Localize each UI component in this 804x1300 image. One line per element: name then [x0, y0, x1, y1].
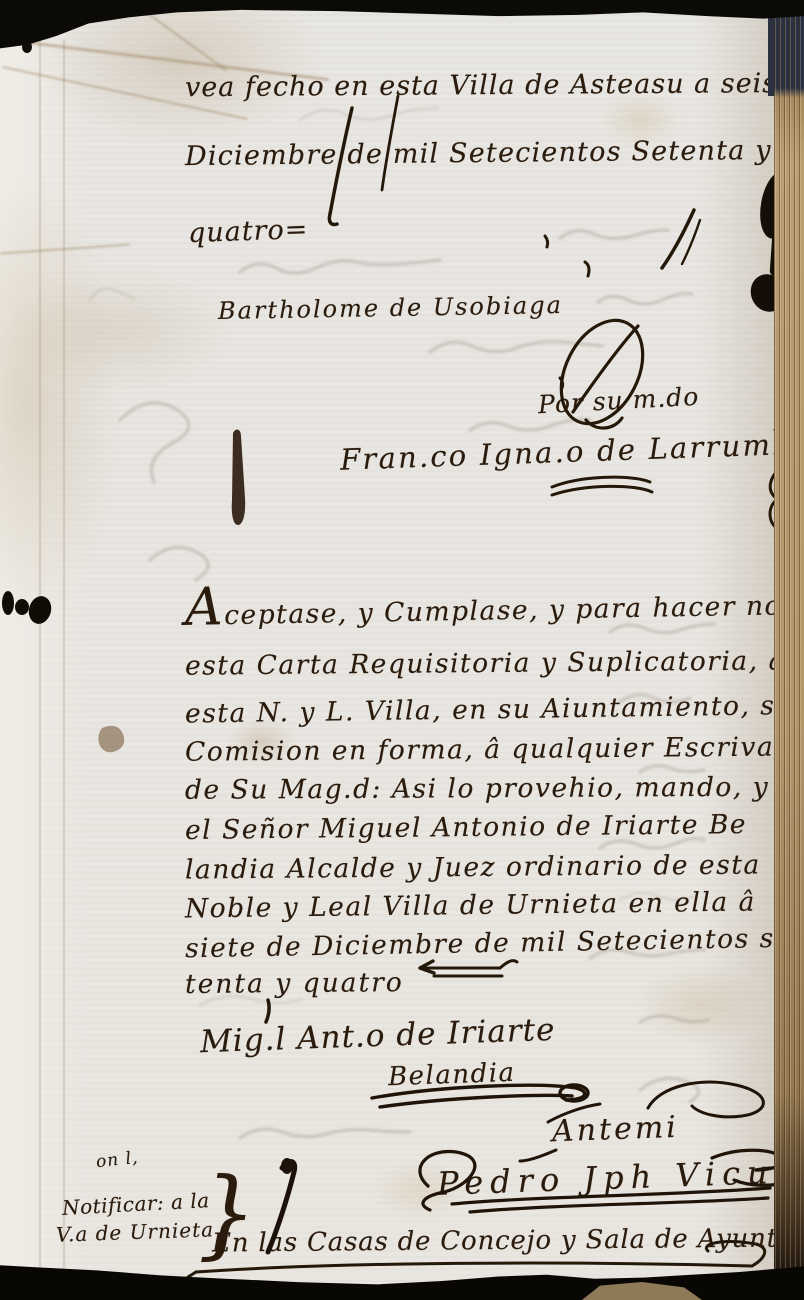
binding-crease-lines: [30, 40, 86, 1300]
closing-line: En las Casas de Concejo y Sala de Ayunta: [212, 1223, 795, 1258]
attestation-name: Bartholome de Usobiaga: [218, 291, 563, 325]
decree-line-5: de Su Mag.d: Asi lo provehio, mando, y f…: [185, 771, 804, 806]
decree-line-6: el Señor Miguel Antonio de Iriarte Be: [185, 809, 747, 846]
decree-line-10: tenta y quatro: [185, 967, 404, 1000]
decree-line-7: landia Alcalde y Juez ordinario de esta: [185, 849, 761, 885]
ante-mi-formula: Antemi: [551, 1110, 679, 1149]
opening-line-1: vea fecho en esta Villa de Asteasu a sei…: [185, 68, 804, 103]
alcalde-signature-line-2: Belandia: [388, 1058, 516, 1092]
opening-line-2: Diciembre de mil Setecientos Setenta y: [185, 135, 772, 172]
decree-line-2: esta Carta Requisitoria y Suplicatoria, …: [185, 645, 786, 681]
book-page-stack-edge: [774, 0, 804, 1300]
manuscript-page-scan: vea fecho en esta Villa de Asteasu a sei…: [0, 0, 804, 1300]
decree-line-4: Comision en forma, â qualquier Escrivano: [185, 731, 804, 767]
opening-line-3: quatro=: [187, 214, 308, 249]
